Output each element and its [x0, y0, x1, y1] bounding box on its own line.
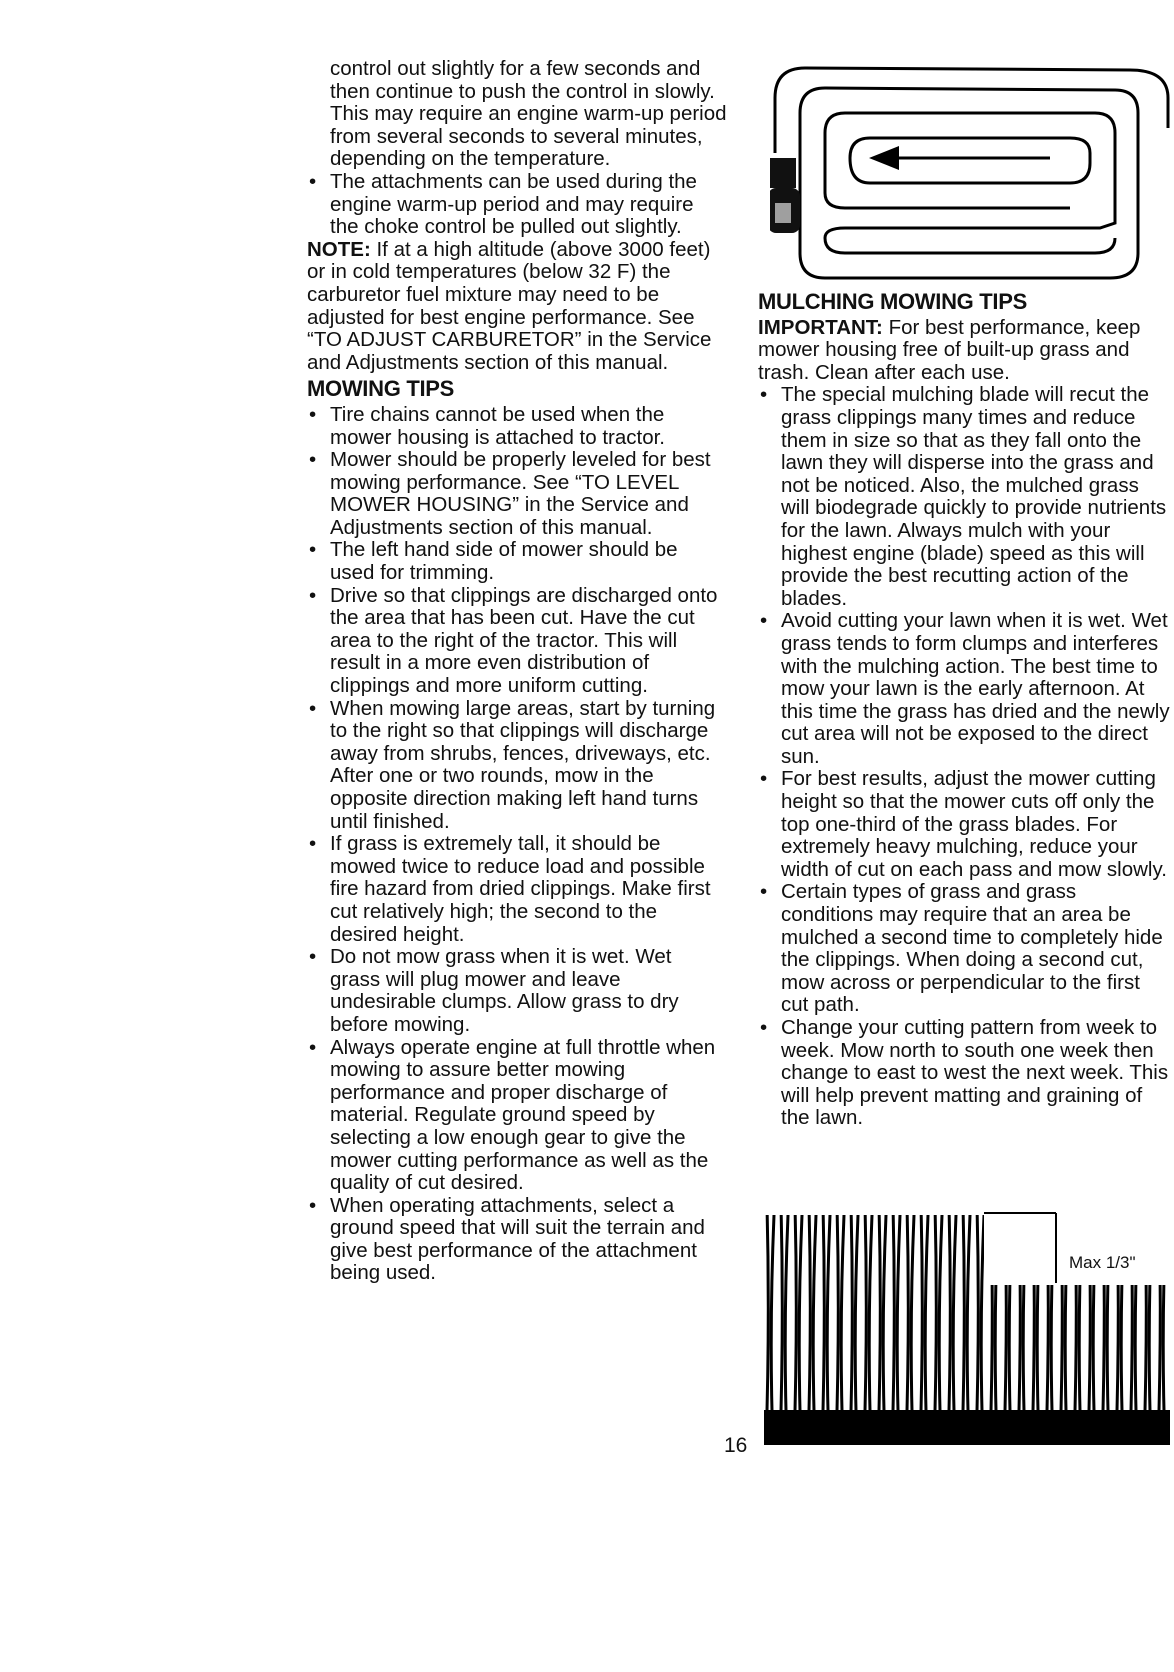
mowing-tip: Drive so that clippings are discharged o… [307, 585, 727, 698]
mulching-tip: Certain types of grass and grass conditi… [758, 881, 1170, 1017]
important-paragraph: IMPORTANT: For best performance, keep mo… [758, 317, 1170, 385]
mulching-tip: The special mulching blade will recut th… [758, 384, 1170, 610]
mowing-tip: Always operate engine at full throttle w… [307, 1037, 727, 1195]
mowing-tip: When mowing large areas, start by turnin… [307, 698, 727, 834]
max-height-label: Max 1/3" [1069, 1253, 1136, 1273]
mulching-tip: For best results, adjust the mower cutti… [758, 768, 1170, 881]
right-column: MULCHING MOWING TIPS IMPORTANT: For best… [758, 287, 1170, 1130]
continuation-paragraph: control out slightly for a few seconds a… [307, 58, 727, 171]
note-label: NOTE: [307, 238, 371, 261]
mowing-tip: The left hand side of mower should be us… [307, 539, 727, 584]
mulching-tip: Change your cutting pattern from week to… [758, 1017, 1170, 1130]
mulching-tips-heading: MULCHING MOWING TIPS [758, 291, 1170, 314]
left-column: control out slightly for a few seconds a… [307, 58, 727, 1285]
mowing-tips-heading: MOWING TIPS [307, 378, 727, 401]
mowing-tip: Tire chains cannot be used when the mowe… [307, 404, 727, 449]
attachments-bullet: The attachments can be used during the e… [307, 171, 727, 239]
important-label: IMPORTANT: [758, 316, 883, 339]
mowing-tip: Mower should be properly leveled for bes… [307, 449, 727, 539]
note-paragraph: NOTE: If at a high altitude (above 3000 … [307, 239, 727, 375]
page-number: 16 [724, 1434, 747, 1458]
mowing-tip: When operating attachments, select a gro… [307, 1195, 727, 1285]
mulching-tip: Avoid cutting your lawn when it is wet. … [758, 610, 1170, 768]
grass-height-illustration [764, 1205, 1170, 1445]
tractor-icon [770, 158, 800, 233]
mowing-pattern-diagram [770, 58, 1170, 283]
mowing-tip: Do not mow grass when it is wet. Wet gra… [307, 946, 727, 1036]
mowing-tip: If grass is extremely tall, it should be… [307, 833, 727, 946]
